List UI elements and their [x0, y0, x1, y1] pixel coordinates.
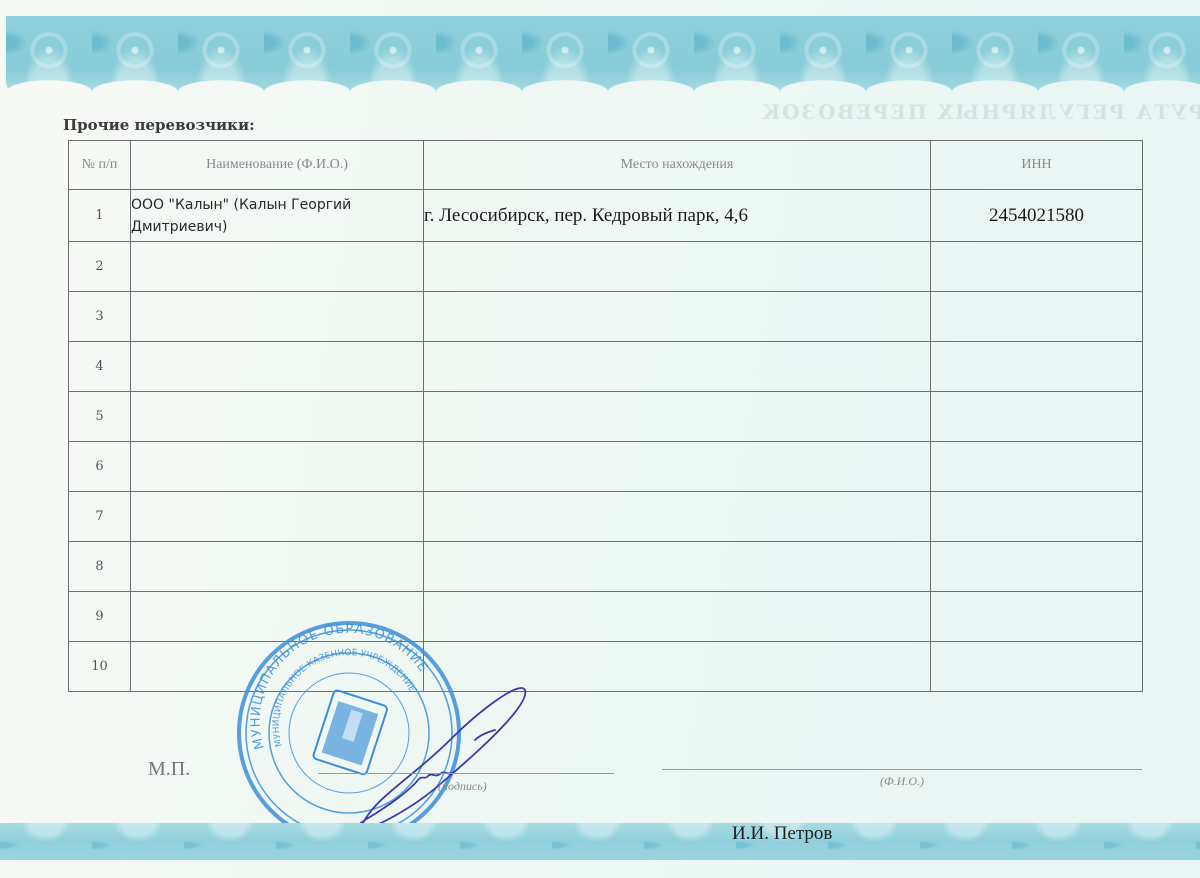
row-location [424, 442, 931, 492]
fio-caption: (Ф.И.О.) [880, 774, 924, 789]
table-row: 9 [69, 592, 1143, 642]
row-location [424, 392, 931, 442]
row-inn [931, 592, 1143, 642]
row-inn [931, 492, 1143, 542]
table-header-row: № п/п Наименование (Ф.И.О.) Место нахожд… [69, 141, 1143, 190]
row-number: 3 [69, 292, 131, 342]
header-name: Наименование (Ф.И.О.) [131, 141, 424, 190]
table-row: 3 [69, 292, 1143, 342]
row-number: 1 [69, 190, 131, 242]
row-name: ООО "Калын" (Калын Георгий Дмитриевич) [131, 190, 424, 242]
row-location: г. Лесосибирск, пер. Кедровый парк, 4,6 [424, 190, 931, 242]
row-inn [931, 642, 1143, 692]
fio-line [662, 769, 1142, 770]
row-number: 8 [69, 542, 131, 592]
signature-line [318, 773, 614, 774]
row-location [424, 242, 931, 292]
row-location [424, 492, 931, 542]
row-name [131, 542, 424, 592]
table-row: 10 [69, 642, 1143, 692]
row-inn [931, 242, 1143, 292]
decorative-top-border [6, 16, 1200, 92]
row-number: 6 [69, 442, 131, 492]
row-name [131, 392, 424, 442]
row-name [131, 492, 424, 542]
document-page: КАРТА МАРШРУТА РЕГУЛЯРНЫХ ПЕРЕВОЗОК Проч… [0, 0, 1200, 878]
row-name [131, 292, 424, 342]
table-row: 2 [69, 242, 1143, 292]
row-number: 4 [69, 342, 131, 392]
handwritten-signature [330, 680, 540, 840]
row-inn [931, 542, 1143, 592]
table-row: 6 [69, 442, 1143, 492]
row-location [424, 342, 931, 392]
row-name [131, 342, 424, 392]
row-location [424, 542, 931, 592]
row-number: 7 [69, 492, 131, 542]
row-number: 9 [69, 592, 131, 642]
printer-imprint: · · · · · · · · · · · · · · · · · · · · … [1018, 810, 1096, 815]
row-inn [931, 442, 1143, 492]
signature-caption: (подпись) [438, 779, 487, 794]
table-row: 1ООО "Калын" (Калын Георгий Дмитриевич)г… [69, 190, 1143, 242]
row-location [424, 592, 931, 642]
header-location: Место нахождения [424, 141, 931, 190]
row-number: 10 [69, 642, 131, 692]
header-number: № п/п [69, 141, 131, 190]
table-row: 5 [69, 392, 1143, 442]
carriers-table: № п/п Наименование (Ф.И.О.) Место нахожд… [68, 140, 1143, 692]
row-inn [931, 392, 1143, 442]
row-inn: 2454021580 [931, 190, 1143, 242]
row-name [131, 242, 424, 292]
table-row: 4 [69, 342, 1143, 392]
row-location [424, 292, 931, 342]
row-inn [931, 292, 1143, 342]
section-title: Прочие перевозчики: [63, 116, 255, 134]
signer-name: И.И. Петров [732, 823, 832, 845]
row-inn [931, 342, 1143, 392]
seal-placeholder-label: М.П. [148, 758, 190, 781]
bleed-through-text: КАРТА МАРШРУТА РЕГУЛЯРНЫХ ПЕРЕВОЗОК [760, 100, 1200, 124]
header-inn: ИНН [931, 141, 1143, 190]
row-number: 5 [69, 392, 131, 442]
row-number: 2 [69, 242, 131, 292]
table-row: 7 [69, 492, 1143, 542]
row-name [131, 442, 424, 492]
decorative-bottom-border [0, 823, 1200, 860]
table-row: 8 [69, 542, 1143, 592]
